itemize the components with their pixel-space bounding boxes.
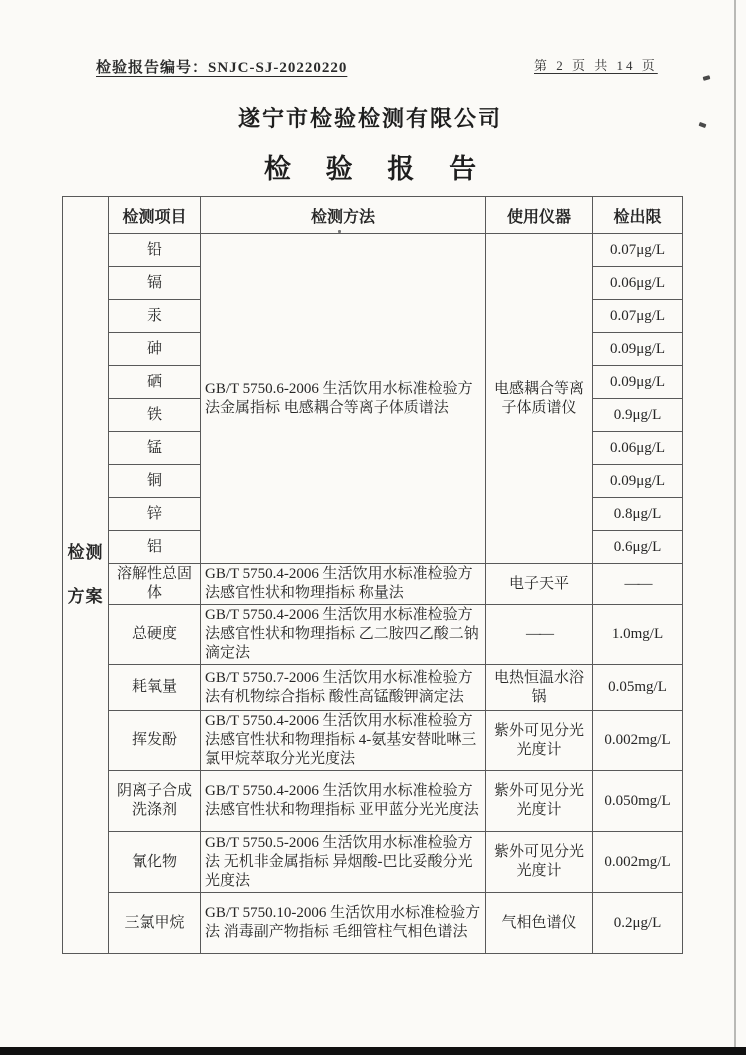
item-cell: 硒 — [109, 366, 201, 399]
item-cell: 三氯甲烷 — [109, 893, 201, 954]
table-row: 溶解性总固体 GB/T 5750.4-2006 生活饮用水标准检验方法感官性状和… — [63, 564, 683, 605]
report-title: 检 验 报 告 — [0, 147, 740, 186]
table-header-row: 检测方案 检测项目 检测方法 使用仪器 检出限 — [63, 197, 683, 234]
limit-cell: 0.8μg/L — [593, 498, 683, 531]
column-header-item: 检测项目 — [109, 197, 201, 234]
instrument-cell: 电子天平 — [486, 564, 593, 605]
table-row: 挥发酚 GB/T 5750.4-2006 生活饮用水标准检验方法感官性状和物理指… — [63, 711, 683, 771]
method-cell: GB/T 5750.4-2006 生活饮用水标准检验方法感官性状和物理指标 称量… — [201, 564, 486, 605]
company-name: 遂宁市检验检测有限公司 — [0, 102, 740, 133]
limit-cell: 0.06μg/L — [593, 432, 683, 465]
instrument-cell: 气相色谱仪 — [486, 893, 593, 954]
table-row: 氰化物 GB/T 5750.5-2006 生活饮用水标准检验方法 无机非金属指标… — [63, 832, 683, 893]
table-row: 阴离子合成洗涤剂 GB/T 5750.4-2006 生活饮用水标准检验方法感官性… — [63, 771, 683, 832]
test-plan-table: 检测方案 检测项目 检测方法 使用仪器 检出限 铅 GB/T 5750.6-20… — [62, 196, 683, 954]
limit-cell: 0.6μg/L — [593, 531, 683, 564]
report-number: 检验报告编号：SNJC-SJ-20220220 — [96, 56, 347, 77]
item-cell: 镉 — [109, 267, 201, 300]
limit-cell: 0.9μg/L — [593, 399, 683, 432]
item-cell: 砷 — [109, 333, 201, 366]
item-cell: 铁 — [109, 399, 201, 432]
limit-cell: 0.002mg/L — [593, 832, 683, 893]
instrument-cell: 电感耦合等离子体质谱仪 — [486, 234, 593, 564]
item-cell: 铜 — [109, 465, 201, 498]
item-cell: 挥发酚 — [109, 711, 201, 771]
instrument-cell: 紫外可见分光光度计 — [486, 771, 593, 832]
limit-cell: 0.050mg/L — [593, 771, 683, 832]
limit-cell: —— — [593, 564, 683, 605]
instrument-cell: 电热恒温水浴锅 — [486, 665, 593, 711]
item-cell: 锰 — [109, 432, 201, 465]
page-indicator: 第 2 页 共 14 页 — [534, 55, 658, 74]
item-cell: 溶解性总固体 — [109, 564, 201, 605]
method-cell: GB/T 5750.4-2006 生活饮用水标准检验方法感官性状和物理指标 4-… — [201, 711, 486, 771]
item-cell: 总硬度 — [109, 605, 201, 665]
instrument-cell: 紫外可见分光光度计 — [486, 711, 593, 771]
scan-artifact-speck — [338, 230, 341, 233]
method-cell: GB/T 5750.6-2006 生活饮用水标准检验方法金属指标 电感耦合等离子… — [201, 234, 486, 564]
table-row: 三氯甲烷 GB/T 5750.10-2006 生活饮用水标准检验方法 消毒副产物… — [63, 893, 683, 954]
item-cell: 氰化物 — [109, 832, 201, 893]
scan-bottom-bar — [0, 1047, 746, 1055]
column-header-instrument: 使用仪器 — [486, 197, 593, 234]
limit-cell: 0.2μg/L — [593, 893, 683, 954]
item-cell: 铅 — [109, 234, 201, 267]
column-header-method: 检测方法 — [201, 197, 486, 234]
instrument-cell: —— — [486, 605, 593, 665]
limit-cell: 0.09μg/L — [593, 465, 683, 498]
table-row: 耗氧量 GB/T 5750.7-2006 生活饮用水标准检验方法有机物综合指标 … — [63, 665, 683, 711]
item-cell: 锌 — [109, 498, 201, 531]
limit-cell: 0.09μg/L — [593, 366, 683, 399]
limit-cell: 1.0mg/L — [593, 605, 683, 665]
table-row: 总硬度 GB/T 5750.4-2006 生活饮用水标准检验方法感官性状和物理指… — [63, 605, 683, 665]
item-cell: 汞 — [109, 300, 201, 333]
limit-cell: 0.07μg/L — [593, 300, 683, 333]
row-group-label: 检测方案 — [63, 197, 109, 954]
instrument-cell: 紫外可见分光光度计 — [486, 832, 593, 893]
method-cell: GB/T 5750.7-2006 生活饮用水标准检验方法有机物综合指标 酸性高锰… — [201, 665, 486, 711]
item-cell: 铝 — [109, 531, 201, 564]
limit-cell: 0.06μg/L — [593, 267, 683, 300]
item-cell: 耗氧量 — [109, 665, 201, 711]
limit-cell: 0.05mg/L — [593, 665, 683, 711]
method-cell: GB/T 5750.10-2006 生活饮用水标准检验方法 消毒副产物指标 毛细… — [201, 893, 486, 954]
limit-cell: 0.09μg/L — [593, 333, 683, 366]
column-header-limit: 检出限 — [593, 197, 683, 234]
scan-artifact-speck — [703, 75, 711, 81]
limit-cell: 0.07μg/L — [593, 234, 683, 267]
item-cell: 阴离子合成洗涤剂 — [109, 771, 201, 832]
scan-page-edge-line — [734, 0, 736, 1047]
method-cell: GB/T 5750.4-2006 生活饮用水标准检验方法感官性状和物理指标 乙二… — [201, 605, 486, 665]
method-cell: GB/T 5750.5-2006 生活饮用水标准检验方法 无机非金属指标 异烟酸… — [201, 832, 486, 893]
method-cell: GB/T 5750.4-2006 生活饮用水标准检验方法感官性状和物理指标 亚甲… — [201, 771, 486, 832]
table-row: 铅 GB/T 5750.6-2006 生活饮用水标准检验方法金属指标 电感耦合等… — [63, 234, 683, 267]
limit-cell: 0.002mg/L — [593, 711, 683, 771]
